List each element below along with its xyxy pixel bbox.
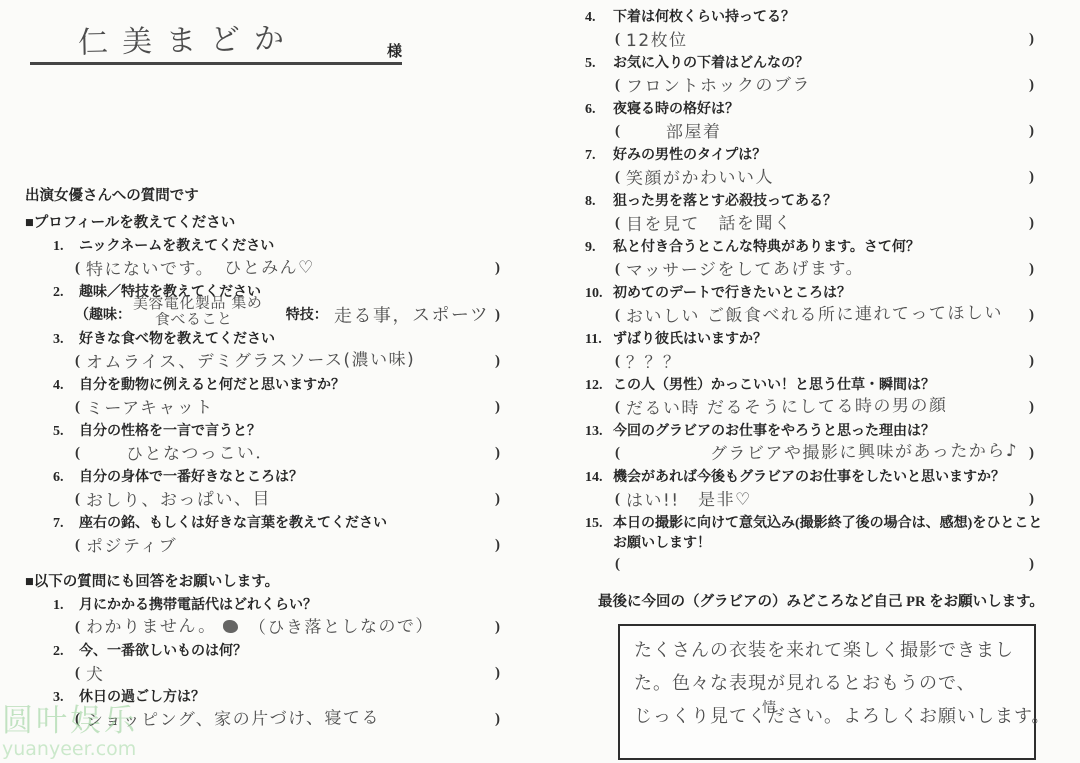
question-block-15: 15. 本日の撮影に向けて意気込み(撮影終了後の場合は、感想)をひとこと お願い… (583, 514, 1046, 576)
honorific-label: 様 (387, 40, 402, 62)
question-line: 3. 休日の過ごし方は？ (25, 688, 530, 708)
scribbled-out-mark (223, 620, 238, 633)
question-number: 5. (53, 422, 79, 442)
question-text: 初めてのデートで行きたいところは？ (613, 284, 851, 304)
question-line: 4. 下着は何枚くらい持ってる？ (583, 8, 1046, 28)
question-line: 7. 座右の銘、もしくは好きな言葉を教えてください (25, 514, 530, 534)
question-block-profile-2: 2. 趣味／特技を教えてください （趣味： 美容電化製品 集め 食べること 特技… (25, 283, 530, 327)
question-text: 今、一番欲しいものは何？ (79, 642, 247, 662)
question-line: 15. 本日の撮影に向けて意気込み(撮影終了後の場合は、感想)をひとこと (583, 514, 1046, 534)
answer-row: ( フロントホックのブラ ) (583, 74, 1046, 97)
question-number: 1. (53, 596, 79, 616)
answer-handwritten: 笑顔がかわいい人 (620, 164, 1029, 191)
question-number: 8. (585, 192, 613, 212)
answer-handwritten: 部屋着 (620, 118, 1029, 145)
answer-handwritten-part1: わかりません。 (80, 615, 217, 639)
close-paren: ) (1029, 488, 1034, 511)
question-text: 休日の過ごし方は？ (79, 688, 205, 708)
question-number: 5. (585, 54, 613, 74)
question-text: この人（男性）かっこいい！と思う仕草・瞬間は？ (613, 376, 935, 396)
answer-row: ( 12枚位 ) (583, 28, 1046, 51)
answer-row: ( おいしい ご飯食べれる所に連れてってほしい ) (583, 304, 1046, 327)
question-block-profile-6: 6. 自分の身体で一番好きなところは？ ( おしり、おっぱい、目 ) (25, 468, 530, 511)
close-paren: ) (495, 396, 500, 419)
question-line: 8. 狙った男を落とす必殺技ってある？ (583, 192, 1046, 212)
question-text: お気に入りの下着はどんなの？ (613, 54, 809, 74)
open-paren: ( (615, 553, 620, 576)
hobby-label: （趣味： (75, 304, 131, 327)
answer-row: ( 部屋着 ) (583, 120, 1046, 143)
answer-row: ( オムライス、デミグラスソース(濃い味) ) (25, 350, 530, 373)
question-text: 好きな食べ物を教えてください (79, 330, 275, 350)
question-text: 私と付き合うとこんな特典があります。さて何？ (613, 238, 920, 258)
answer-handwritten: 特にないです。 ひとみん♡ (80, 255, 495, 282)
question-line: 11. ずばり彼氏はいますか？ (583, 330, 1046, 350)
question-number: 7. (585, 146, 613, 166)
pr-handwritten-line1: たくさんの衣装を来れて楽しく撮影できまし (634, 634, 1022, 667)
answer-handwritten: オムライス、デミグラスソース(濃い味) (80, 348, 495, 375)
answer-handwritten: ショッピング、家の片づけ、寝てる (80, 706, 495, 733)
question-line: 12. この人（男性）かっこいい！と思う仕草・瞬間は？ (583, 376, 1046, 396)
watermark-domain-text: yuanyeer.com (2, 740, 138, 759)
question-line: 1. ニックネームを教えてください (25, 237, 530, 257)
question-block-8: 8. 狙った男を落とす必殺技ってある？ ( 目を見て 話を聞く ) (583, 192, 1046, 235)
answer-row: ( ？？？ ) (583, 350, 1046, 373)
answer-handwritten: はい!! 是非♡ (620, 486, 1029, 513)
answer-handwritten: 12枚位 (620, 26, 1029, 53)
answer-handwritten-part2: （ひき落としなので） (242, 615, 495, 641)
question-line: 6. 自分の身体で一番好きなところは？ (25, 468, 530, 488)
answer-row: ( だるい時 だるそうにしてる時の男の顔 ) (583, 396, 1046, 419)
question-block-14: 14. 機会があれば今後もグラビアのお仕事をしたいと思いますか？ ( はい!! … (583, 468, 1046, 511)
answer-handwritten: フロントホックのブラ (620, 72, 1029, 99)
question-text: 自分の性格を一言で言うと？ (79, 422, 261, 442)
question-text: 自分の身体で一番好きなところは？ (79, 468, 303, 488)
question-line: 1. 月にかかる携帯電話代はどれくらい？ (25, 596, 530, 616)
close-paren: ) (495, 442, 500, 465)
close-paren: ) (1029, 28, 1034, 51)
question-block-profile-7: 7. 座右の銘、もしくは好きな言葉を教えてください ( ポジティブ ) (25, 514, 530, 557)
question-text: 下着は何枚くらい持ってる？ (613, 8, 795, 28)
close-paren: ) (495, 616, 500, 639)
question-line: 6. 夜寝る時の格好は？ (583, 100, 1046, 120)
close-paren: ) (1029, 304, 1034, 327)
section2-title: ■以下の質問にも回答をお願いします。 (25, 571, 530, 593)
question-block-12: 12. この人（男性）かっこいい！と思う仕草・瞬間は？ ( だるい時 だるそうに… (583, 376, 1046, 419)
question-number: 6. (53, 468, 79, 488)
skill-answer: 走る事，スポーツ (328, 303, 496, 328)
answer-row: ( わかりません。 （ひき落としなので） ) (25, 616, 530, 639)
question-block-7: 7. 好みの男性のタイプは？ ( 笑顔がかわいい人 ) (583, 146, 1046, 189)
close-paren: ) (1029, 166, 1034, 189)
question-number: 10. (585, 284, 613, 304)
answer-handwritten: マッサージをしてあげます。 (620, 256, 1029, 283)
question-line: 5. 自分の性格を一言で言うと？ (25, 422, 530, 442)
answer-handwritten: ミーアキャット (80, 394, 495, 421)
question-text: 機会があれば今後もグラビアのお仕事をしたいと思いますか？ (613, 468, 1005, 488)
left-column: 出演女優さんへの質問です ■プロフィールを教えてください 1. ニックネームを教… (25, 186, 530, 734)
answer-handwritten: グラビアや撮影に興味があったから♪ (620, 440, 1029, 467)
question-block-13: 13. 今回のグラビアのお仕事をやろうと思った理由は？ ( グラビアや撮影に興味… (583, 422, 1046, 465)
question-block-profile-4: 4. 自分を動物に例えると何だと思いますか？ ( ミーアキャット ) (25, 376, 530, 419)
question-block-extra-2: 2. 今、一番欲しいものは何？ ( 犬 ) (25, 642, 530, 685)
pr-correction-char: 情 (762, 692, 777, 725)
answer-handwritten: ポジティブ (80, 532, 495, 559)
close-paren: ) (495, 350, 500, 373)
answer-row: ( 犬 ) (25, 662, 530, 685)
question-number: 13. (585, 422, 613, 442)
pr-handwritten-line3: じっくり見てください。よろしくお願いします。 (634, 700, 1022, 733)
answer-handwritten: 目を見て 話を聞く (620, 210, 1029, 237)
question-block-11: 11. ずばり彼氏はいますか？ ( ？？？ ) (583, 330, 1046, 373)
answer-row: ( グラビアや撮影に興味があったから♪ ) (583, 442, 1046, 465)
question-number: 15. (585, 514, 613, 534)
answer-row: ( ポジティブ ) (25, 534, 530, 557)
question-text: 狙った男を落とす必殺技ってある？ (613, 192, 837, 212)
question-text: 月にかかる携帯電話代はどれくらい？ (79, 596, 317, 616)
close-paren: ) (495, 708, 500, 731)
question-text: 自分を動物に例えると何だと思いますか？ (79, 376, 345, 396)
question-number: 6. (585, 100, 613, 120)
question-text: 夜寝る時の格好は？ (613, 100, 739, 120)
question-line: 3. 好きな食べ物を教えてください (25, 330, 530, 350)
question-text-line2: お願いします！ (583, 534, 1046, 553)
answer-handwritten: 犬 (80, 660, 495, 687)
answer-row: ( ショッピング、家の片づけ、寝てる ) (25, 708, 530, 731)
question-block-9: 9. 私と付き合うとこんな特典があります。さて何？ ( マッサージをしてあげます… (583, 238, 1046, 281)
question-number: 12. (585, 376, 613, 396)
intro-line: 出演女優さんへの質問です (25, 186, 530, 206)
question-block-extra-1: 1. 月にかかる携帯電話代はどれくらい？ ( わかりません。 （ひき落としなので… (25, 596, 530, 639)
question-number: 3. (53, 330, 79, 350)
pr-handwritten-line2: た。色々な表現が見れるとおもうので、 情 (634, 667, 1022, 700)
question-number: 2. (53, 283, 79, 303)
close-paren: ) (495, 488, 500, 511)
answer-row: ( 笑顔がかわいい人 ) (583, 166, 1046, 189)
name-block: 仁美まどか 様 (30, 8, 402, 65)
answer-row-empty: ( ) (583, 553, 1046, 576)
question-text: 本日の撮影に向けて意気込み(撮影終了後の場合は、感想)をひとこと (613, 514, 1042, 534)
question-number: 1. (53, 237, 79, 257)
close-paren: ) (495, 534, 500, 557)
section1-title: ■プロフィールを教えてください (25, 212, 530, 234)
question-number: 14. (585, 468, 613, 488)
question-line: 7. 好みの男性のタイプは？ (583, 146, 1046, 166)
hobby-answer-stack: 美容電化製品 集め 食べること (133, 295, 282, 327)
question-line: 4. 自分を動物に例えると何だと思いますか？ (25, 376, 530, 396)
answer-handwritten: ひとなつっこい． (80, 440, 495, 467)
question-block-6: 6. 夜寝る時の格好は？ ( 部屋着 ) (583, 100, 1046, 143)
answer-row-hobby-skill: （趣味： 美容電化製品 集め 食べること 特技： 走る事，スポーツ ) (25, 303, 530, 327)
question-block-profile-3: 3. 好きな食べ物を教えてください ( オムライス、デミグラスソース(濃い味) … (25, 330, 530, 373)
close-paren: ) (1029, 120, 1034, 143)
answer-handwritten: ？？？ (620, 348, 1029, 375)
question-line: 5. お気に入りの下着はどんなの？ (583, 54, 1046, 74)
question-block-10: 10. 初めてのデートで行きたいところは？ ( おいしい ご飯食べれる所に連れて… (583, 284, 1046, 327)
answer-row: ( 目を見て 話を聞く ) (583, 212, 1046, 235)
question-number: 4. (53, 376, 79, 396)
answer-handwritten: だるい時 だるそうにしてる時の男の顔 (620, 394, 1029, 421)
question-text: 座右の銘、もしくは好きな言葉を教えてください (79, 514, 387, 534)
pr-line2-text: た。色々な表現が見れるとおもうので、 (634, 673, 976, 694)
question-line: 10. 初めてのデートで行きたいところは？ (583, 284, 1046, 304)
close-paren: ) (1029, 350, 1034, 373)
questionnaire-scan-page: 仁美まどか 様 出演女優さんへの質問です ■プロフィールを教えてください 1. … (0, 0, 1080, 763)
question-number: 9. (585, 238, 613, 258)
question-number: 3. (53, 688, 79, 708)
close-paren: ) (1029, 212, 1034, 235)
question-text: ニックネームを教えてください (79, 237, 274, 257)
answer-handwritten: おいしい ご飯食べれる所に連れてってほしい (620, 302, 1029, 329)
question-number: 4. (585, 8, 613, 28)
pr-comment-box: たくさんの衣装を来れて楽しく撮影できまし た。色々な表現が見れるとおもうので、 … (618, 624, 1036, 760)
right-column: 4. 下着は何枚くらい持ってる？ ( 12枚位 ) 5. お気に入りの下着はどん… (583, 8, 1046, 760)
question-text: 今回のグラビアのお仕事をやろうと思った理由は？ (613, 422, 935, 442)
close-paren: ) (495, 662, 500, 685)
question-number: 2. (53, 642, 79, 662)
actress-name-handwritten: 仁美まどか (30, 19, 299, 65)
question-number: 11. (585, 330, 613, 350)
question-text: ずばり彼氏はいますか？ (613, 330, 767, 350)
question-line: 2. 今、一番欲しいものは何？ (25, 642, 530, 662)
close-paren: ) (1029, 396, 1034, 419)
question-number: 7. (53, 514, 79, 534)
question-block-profile-1: 1. ニックネームを教えてください ( 特にないです。 ひとみん♡ ) (25, 237, 530, 280)
question-line: 13. 今回のグラビアのお仕事をやろうと思った理由は？ (583, 422, 1046, 442)
answer-row: ( おしり、おっぱい、目 ) (25, 488, 530, 511)
close-paren: ) (1029, 74, 1034, 97)
question-block-profile-5: 5. 自分の性格を一言で言うと？ ( ひとなつっこい． ) (25, 422, 530, 465)
close-paren: ) (1029, 258, 1034, 281)
answer-handwritten: おしり、おっぱい、目 (80, 486, 495, 513)
question-block-extra-3: 3. 休日の過ごし方は？ ( ショッピング、家の片づけ、寝てる ) (25, 688, 530, 731)
close-paren: ) (495, 304, 500, 327)
answer-row: ( ミーアキャット ) (25, 396, 530, 419)
hobby-answer-line2: 食べること (133, 310, 282, 328)
question-block-4: 4. 下着は何枚くらい持ってる？ ( 12枚位 ) (583, 8, 1046, 51)
close-paren: ) (1029, 553, 1034, 576)
answer-row: ( マッサージをしてあげます。 ) (583, 258, 1046, 281)
answer-row: ( はい!! 是非♡ ) (583, 488, 1046, 511)
question-line: 14. 機会があれば今後もグラビアのお仕事をしたいと思いますか？ (583, 468, 1046, 488)
question-text: 好みの男性のタイプは？ (613, 146, 766, 166)
close-paren: ) (1029, 442, 1034, 465)
close-paren: ) (495, 257, 500, 280)
pr-request-line: 最後に今回の（グラビアの）みどころなど自己 PR をお願いします。 (583, 592, 1046, 612)
skill-label: 特技： (286, 304, 328, 327)
question-block-5: 5. お気に入りの下着はどんなの？ ( フロントホックのブラ ) (583, 54, 1046, 97)
question-line: 9. 私と付き合うとこんな特典があります。さて何？ (583, 238, 1046, 258)
answer-row: ( 特にないです。 ひとみん♡ ) (25, 257, 530, 280)
answer-row: ( ひとなつっこい． ) (25, 442, 530, 465)
